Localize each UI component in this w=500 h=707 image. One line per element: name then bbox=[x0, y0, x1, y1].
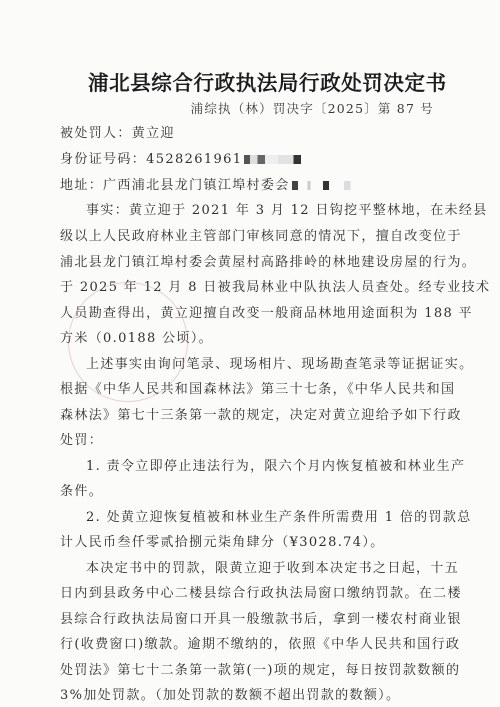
party-id: 身份证号码：4528261961 bbox=[60, 152, 438, 168]
party-name: 被处罚人：黄立迎 bbox=[60, 126, 438, 142]
document-title: 浦北县综合行政执法局行政处罚决定书 bbox=[88, 66, 408, 96]
party-address-text: 地址：广西浦北县龙门镇江埠村委会 bbox=[60, 178, 290, 193]
body-line: 行(收费窗口)缴款。逾期不缴纳的，依照《中华人民共和国行政 bbox=[60, 637, 438, 653]
party-address: 地址：广西浦北县龙门镇江埠村委会 bbox=[60, 178, 438, 194]
redaction-mark bbox=[244, 155, 306, 164]
body-line: 森林法》第七十三条第一款的规定，决定对黄立迎给予如下行政 bbox=[60, 408, 438, 424]
body-line: 上述事实由询问笔录、现场相片、现场勘查笔录等证据证实。 bbox=[86, 357, 438, 373]
body-line: 根据《中华人民共和国森林法》第三十七条，《中华人民共和国 bbox=[60, 382, 438, 398]
body-line: 日内到县政务中心二楼县综合行政执法局窗口缴纳罚款。在二楼 bbox=[60, 586, 438, 602]
body-line: 于 2025 年 12 月 8 日被我局林业中队执法人员查处。经专业技术 bbox=[60, 280, 438, 296]
body-line: 处罚法》第七十二条第一款第(一)项的规定，每日按罚款数额的 bbox=[60, 663, 438, 679]
body-line: 处罚： bbox=[60, 433, 438, 449]
document-page: 浦北县综合行政执法局行政处罚决定书 浦综执（林）罚决字〔2025〕第 87 号 … bbox=[0, 0, 500, 707]
body-line: 事实：黄立迎于 2021 年 3 月 12 日钩挖平整林地，在未经县 bbox=[86, 203, 438, 219]
party-name-text: 被处罚人：黄立迎 bbox=[60, 126, 175, 141]
body-line: 县综合行政执法局窗口开具一般缴款书后，拿到一楼农村商业银 bbox=[60, 612, 438, 628]
body-line: 浦北县龙门镇江埠村委会黄屋村高路排岭的林地建设房屋的行为。 bbox=[60, 255, 438, 271]
body-line: 3%加处罚款。（加处罚款的数额不超出罚款的数额）。 bbox=[60, 688, 438, 704]
document-number: 浦综执（林）罚决字〔2025〕第 87 号 bbox=[191, 99, 434, 117]
penalty-item-1: 1. 责令立即停止违法行为，限六个月内恢复植被和林业生产 bbox=[86, 459, 438, 475]
body-line: 方米（0.0188 公顷）。 bbox=[60, 331, 438, 347]
party-id-text: 身份证号码：4528261961 bbox=[60, 152, 242, 167]
body-line: 级以上人民政府林业主管部门审核同意的情况下，擅自改变位于 bbox=[60, 229, 438, 245]
penalty-item-2: 2. 处黄立迎恢复植被和林业生产条件所需费用 1 倍的罚款总 bbox=[86, 510, 438, 526]
body-line: 本决定书中的罚款，限黄立迎于收到本决定书之日起，十五 bbox=[86, 561, 438, 577]
body-line: 人员勘查得出，黄立迎擅自改变一般商品林地用途面积为 188 平 bbox=[60, 306, 438, 322]
redaction-mark bbox=[292, 181, 354, 190]
body-line: 条件。 bbox=[60, 484, 438, 500]
body-line: 计人民币叁仟零贰拾捌元柒角肆分（¥3028.74）。 bbox=[60, 535, 438, 551]
